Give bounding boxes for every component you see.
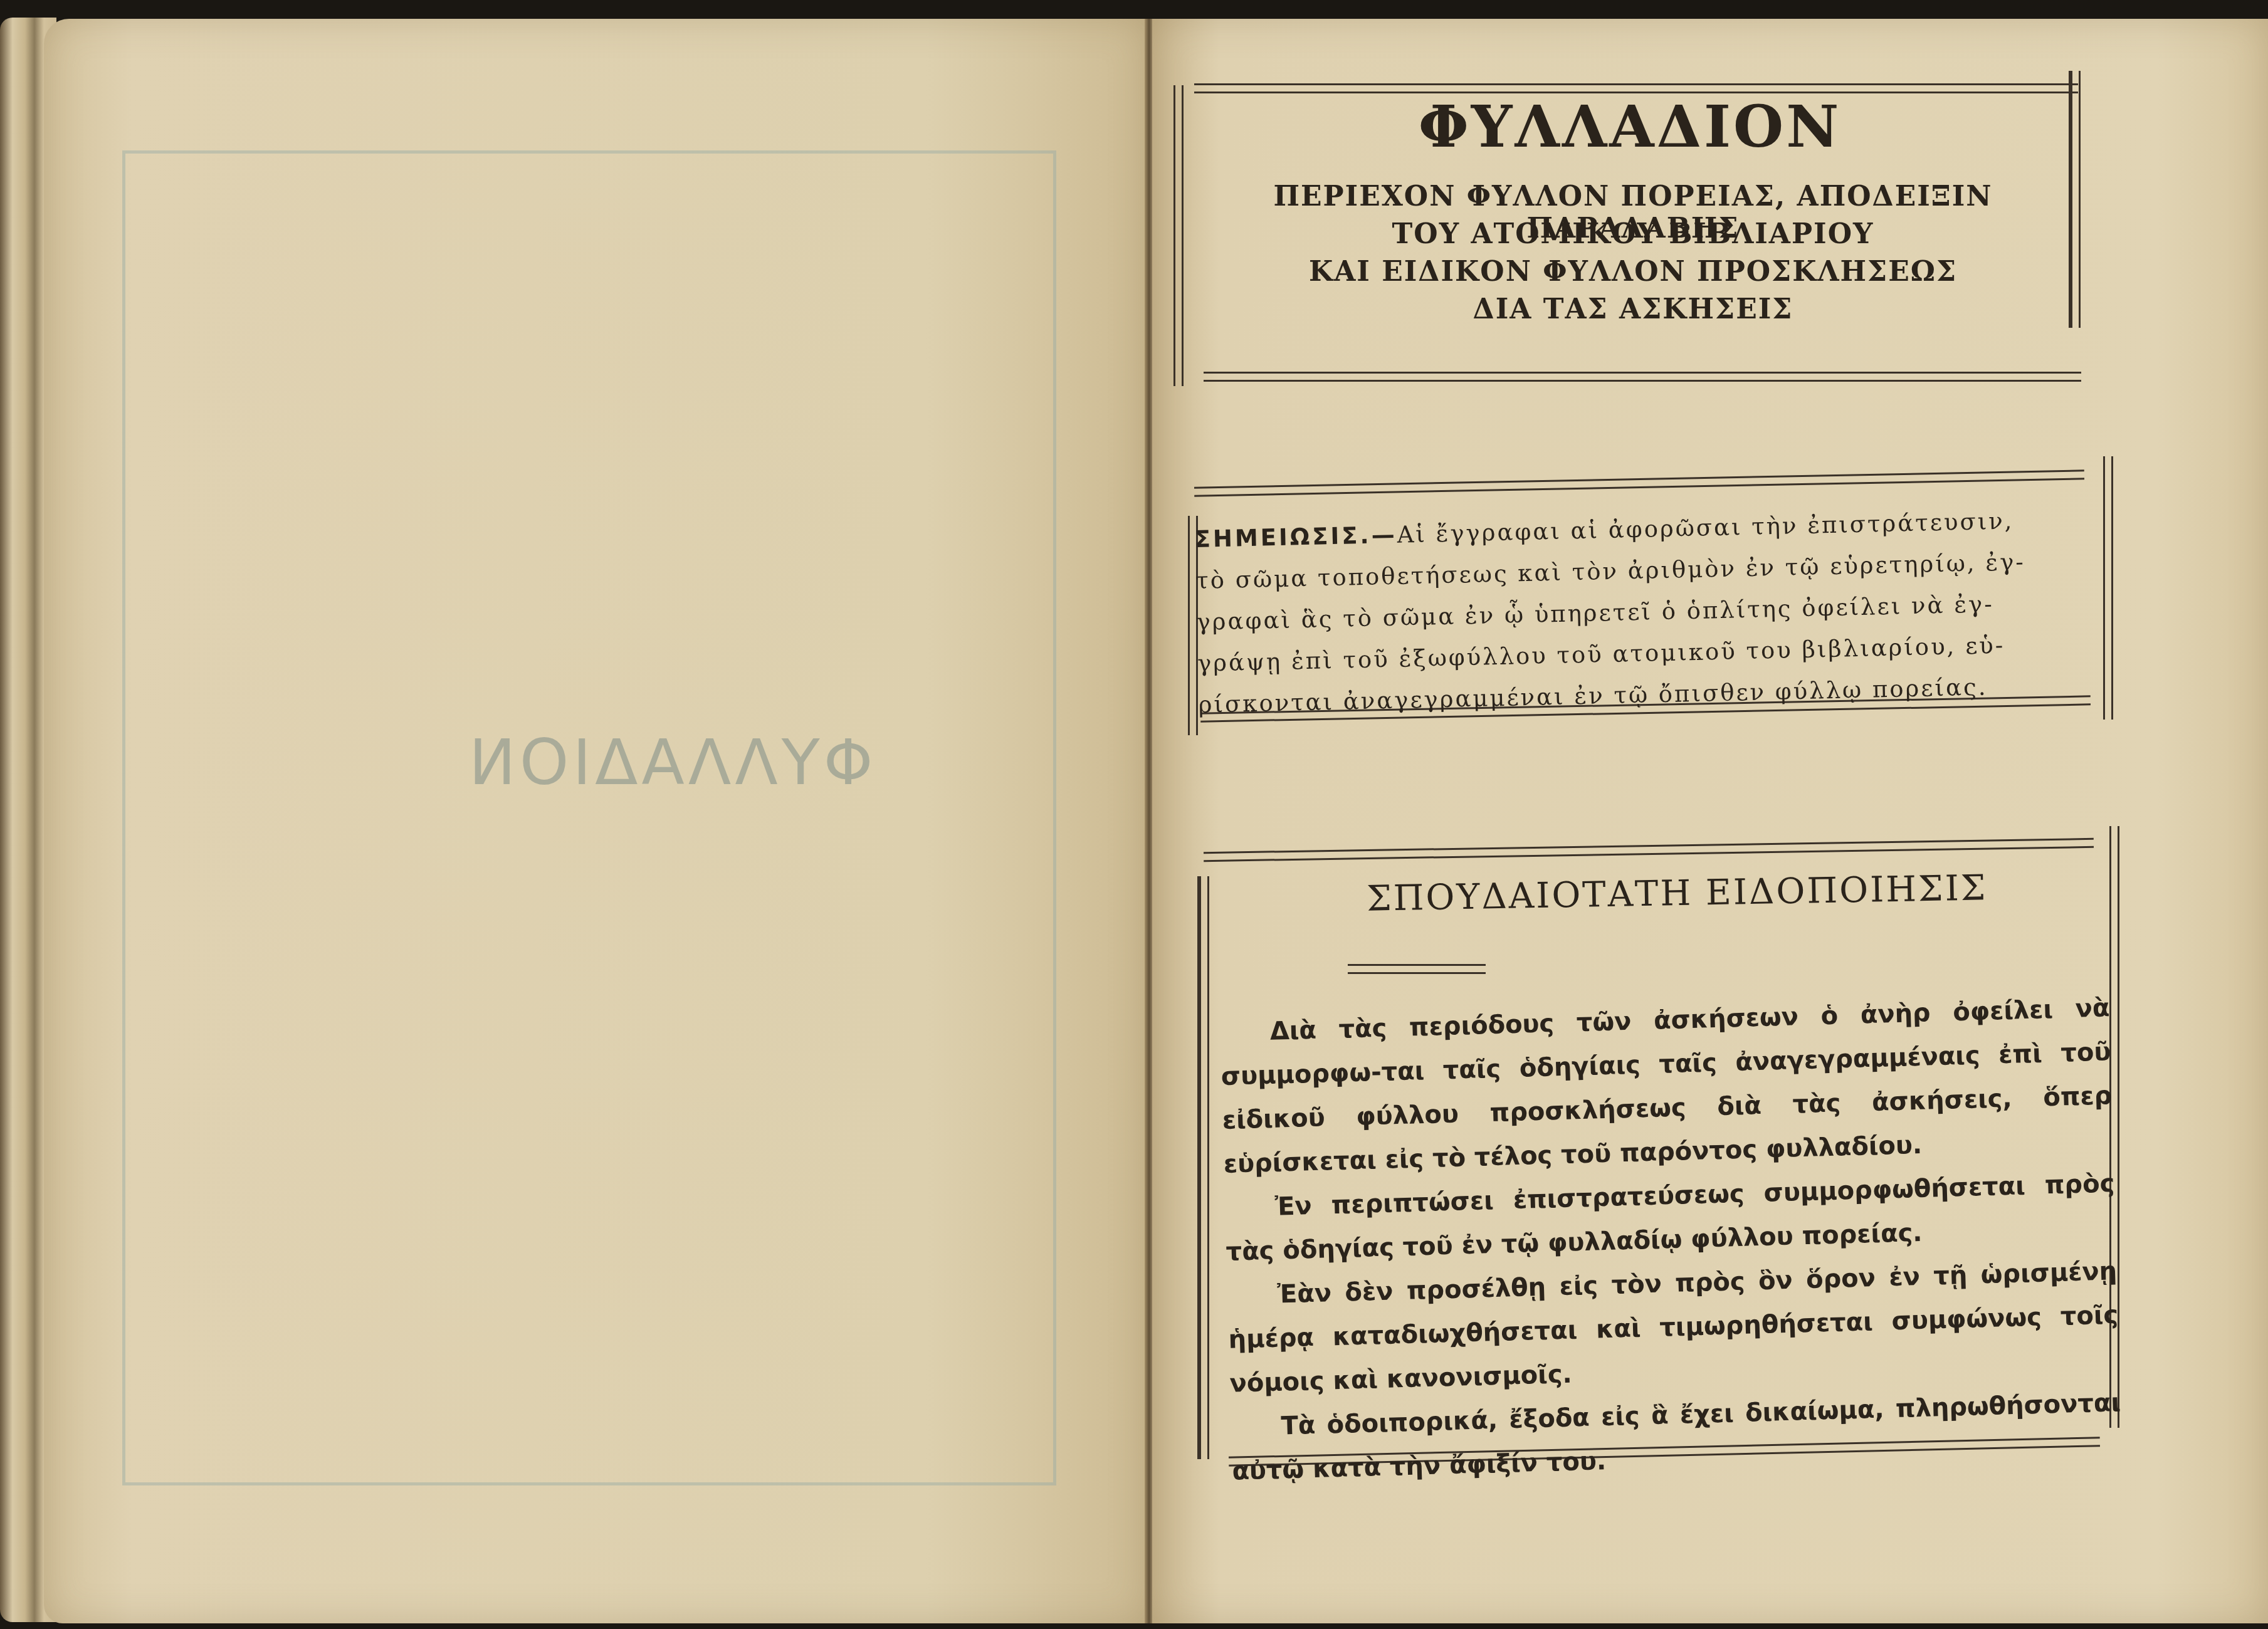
open-booklet: ΦΥΛΛΑΔΙΟΝ ΦΥΛΛΑΔΙΟΝ ΠΕΡΙΕΧΟΝ ΦΥΛΛΟΝ ΠΟΡΕ… bbox=[0, 11, 2268, 1629]
notice-left-rule bbox=[1197, 876, 1209, 1459]
notice-title-divider bbox=[1348, 964, 1486, 974]
bleed-through-frame bbox=[122, 150, 1056, 1485]
notes-lead: ΣΗΜΕΙΩΣΙΣ.— bbox=[1194, 521, 1397, 553]
notice-paragraph-1: Διὰ τὰς περιόδους τῶν ἀσκήσεων ὁ ἀνὴρ ὀφ… bbox=[1219, 986, 2114, 1186]
header-top-rule bbox=[1194, 83, 2078, 93]
notice-body: Διὰ τὰς περιόδους τῶν ἀσκήσεων ὁ ἀνὴρ ὀφ… bbox=[1219, 986, 2123, 1493]
notes-line-1: Αἱ ἔγγραφαι αἱ ἀφορῶσαι τὴν ἐπιστράτευσι… bbox=[1397, 507, 2014, 548]
subtitle-line-3: ΚΑΙ ΕΙΔΙΚΟΝ ΦΥΛΛΟΝ ΠΡΟΣΚΛΗΣΕΩΣ bbox=[1185, 256, 2081, 288]
booklet-title: ΦΥΛΛΑΔΙΟΝ bbox=[1172, 93, 2087, 160]
notes-box: ΣΗΜΕΙΩΣΙΣ.—Αἱ ἔγγραφαι αἱ ἀφορῶσαι τὴν ἐ… bbox=[1194, 498, 2101, 726]
notes-right-rule bbox=[2103, 456, 2113, 720]
header-bottom-rule bbox=[1204, 372, 2081, 382]
bleed-through-title: ΦΥΛΛΑΔΙΟΝ bbox=[465, 726, 873, 799]
notice-paragraph-3: Ἐὰν δὲν προσέλθῃ εἰς τὸν πρὸς ὃν ὅρον ἐν… bbox=[1227, 1249, 2120, 1406]
subtitle-line-2: ΤΟΥ ΑΤΟΜΙΚΟΥ ΒΙΒΛΙΑΡΙΟΥ bbox=[1185, 218, 2081, 250]
subtitle-line-4: ΔΙΑ ΤΑΣ ΑΣΚΗΣΕΙΣ bbox=[1185, 293, 2081, 325]
